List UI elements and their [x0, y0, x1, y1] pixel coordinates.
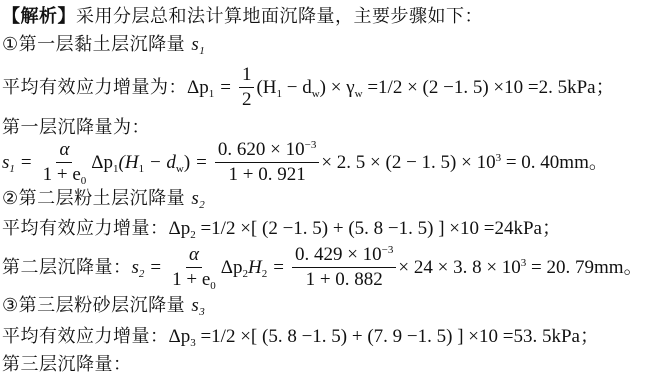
equals-sign: =: [273, 257, 284, 279]
step1-settle-formula: s1 = α 1 + e0 Δp1(H1 − dw) = 0. 620 × 10…: [2, 139, 608, 186]
step3-stress-label: 平均有效应力增量：: [2, 326, 169, 347]
s1-value-fraction: 0. 620 × 10−3 1 + 0. 921: [215, 139, 319, 186]
s1-mid: Δp1(H1 − dw): [91, 152, 190, 174]
step1-stress-formula: 平均有效应力增量为： Δp1 = 1 2 (H1 − dw) × γw =1/2…: [2, 64, 615, 111]
step1-stress-label: 平均有效应力增量为：: [2, 77, 187, 99]
step2-symbol: s2: [191, 188, 205, 209]
step1-title-text: ①第一层黏土层沉降量: [2, 34, 185, 55]
s2-result: × 24 × 3. 8 × 103 = 20. 79mm。: [398, 257, 642, 279]
step3-stress-formula: 平均有效应力增量：Δp3 =1/2 ×[ (5. 8 −1. 5) + (7. …: [2, 325, 599, 348]
s1-result: × 2. 5 × (2 − 1. 5) × 103 = 0. 40mm。: [321, 152, 608, 174]
step2-settle-formula: 第二层沉降量： s2 = α 1 + e0 Δp2H2 = 0. 429 × 1…: [2, 244, 643, 291]
equals-sign: =: [196, 152, 207, 174]
intro-line: 【解析】采用分层总和法计算地面沉降量，主要步骤如下：: [2, 6, 483, 28]
step2-title-text: ②第二层粉土层沉降量: [2, 188, 185, 209]
step2-title: ②第二层粉土层沉降量 s2: [2, 188, 205, 210]
s2-mid: Δp2H2: [221, 257, 267, 279]
alpha-fraction: α 1 + e0: [40, 139, 90, 186]
step2-settle-label: 第二层沉降量：: [2, 257, 132, 279]
step1-stress-expr: (H1 − dw) × γw =1/2 × (2 −1. 5) ×10 =2. …: [256, 77, 614, 99]
intro-text: 采用分层总和法计算地面沉降量，主要步骤如下：: [76, 6, 483, 27]
step1-symbol: s1: [191, 34, 205, 55]
step3-title: ③第三层粉砂层沉降量 s3: [2, 295, 205, 317]
alpha-fraction: α 1 + e0: [169, 244, 219, 291]
equals-sign: =: [21, 152, 32, 174]
step3-settle-label: 第三层沉降量：: [2, 354, 132, 376]
analysis-tag: 【解析】: [2, 6, 76, 27]
step2-stress-expr: Δp2 =1/2 ×[ (2 −1. 5) + (5. 8 −1. 5) ] ×…: [169, 218, 561, 239]
fraction-half: 1 2: [239, 64, 255, 111]
step3-title-text: ③第三层粉砂层沉降量: [2, 295, 185, 316]
step1-settle-label: 第一层沉降量为：: [2, 117, 150, 139]
equals-sign: =: [220, 77, 231, 99]
step1-stress-lhs: Δp1: [187, 77, 214, 99]
s1-lhs: s1: [2, 152, 15, 174]
step3-stress-expr: Δp3 =1/2 ×[ (5. 8 −1. 5) + (7. 9 −1. 5) …: [169, 326, 599, 347]
s2-value-fraction: 0. 429 × 10−3 1 + 0. 882: [292, 244, 396, 291]
equals-sign: =: [150, 257, 161, 279]
step3-symbol: s3: [191, 295, 205, 316]
step2-stress-label: 平均有效应力增量：: [2, 218, 169, 239]
step2-stress-formula: 平均有效应力增量：Δp2 =1/2 ×[ (2 −1. 5) + (5. 8 −…: [2, 217, 561, 240]
s2-lhs: s2: [132, 257, 145, 279]
step1-title: ①第一层黏土层沉降量 s1: [2, 34, 205, 56]
